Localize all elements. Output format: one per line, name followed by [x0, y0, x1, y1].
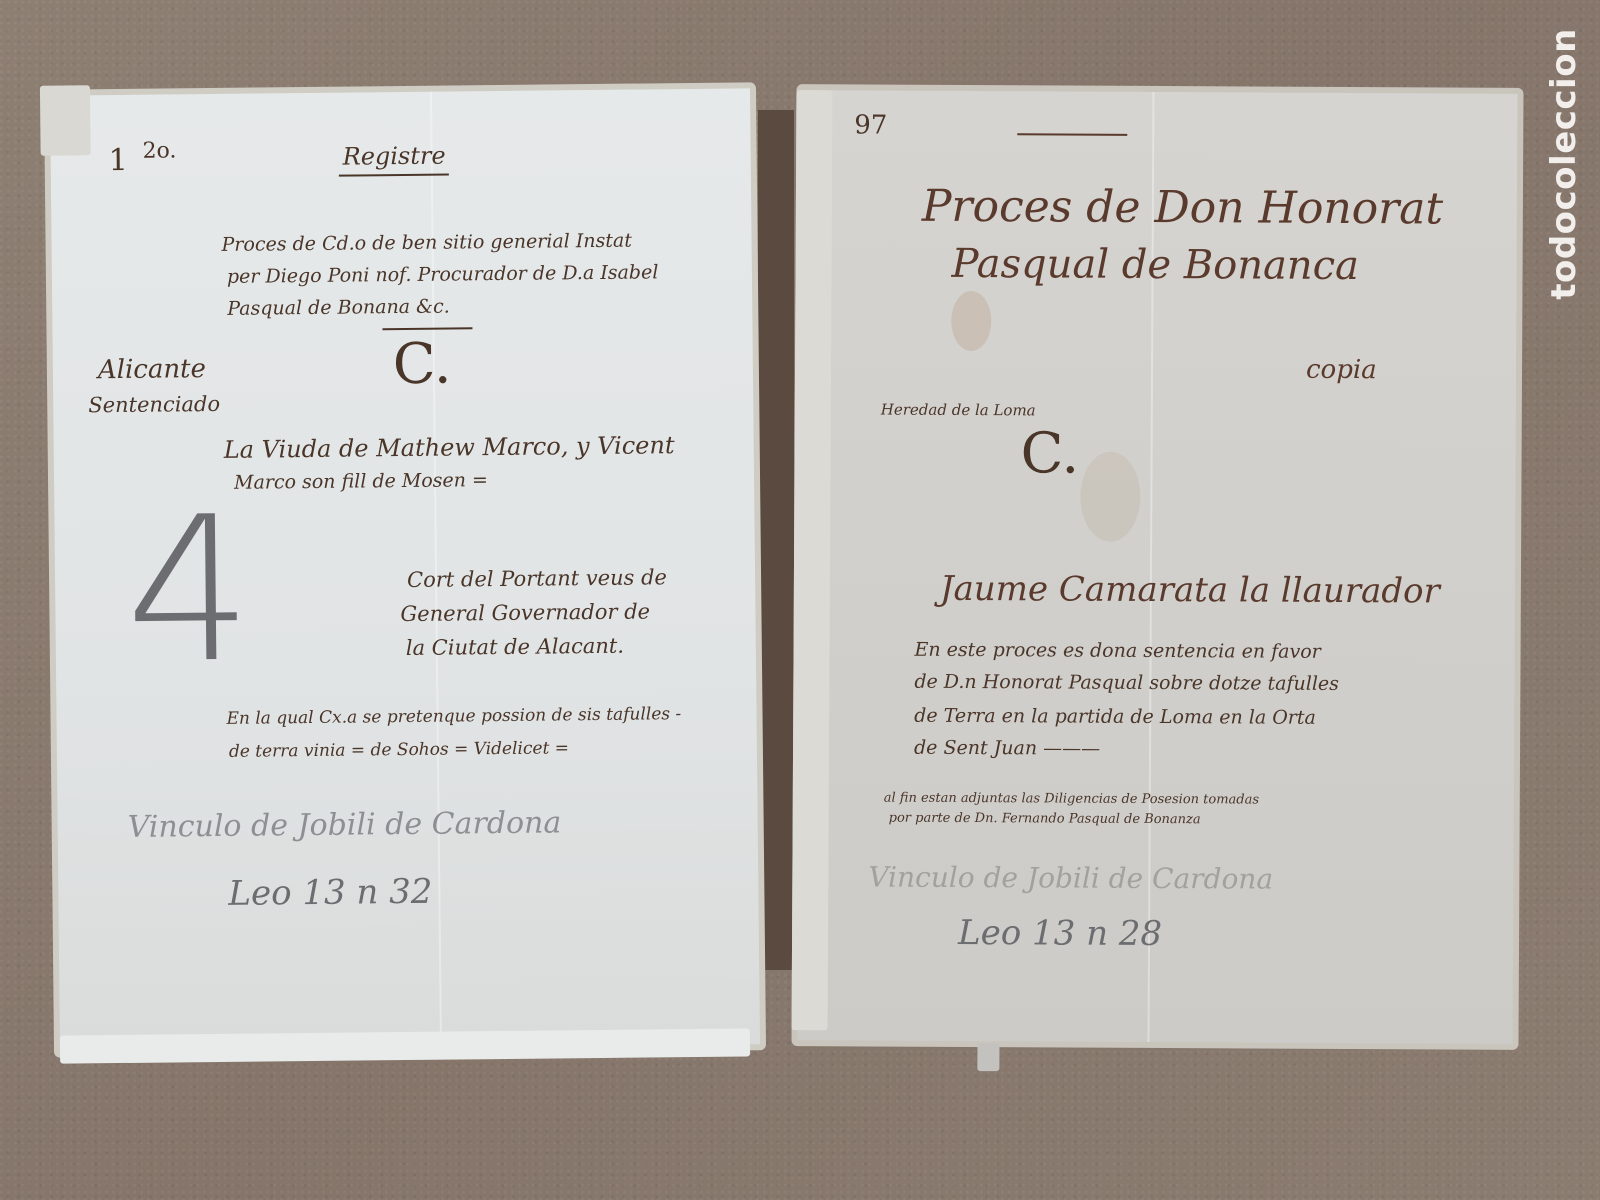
water-stain	[1080, 452, 1140, 542]
torn-corner	[40, 85, 91, 156]
court-line-2: General Governador de	[400, 599, 650, 626]
pencil-reference: Leo 13 n 28	[958, 913, 1162, 954]
margin-mark: 1	[109, 143, 128, 178]
contra-mark: C.	[393, 332, 452, 398]
watermark-logo: todocoleccion	[1534, 14, 1594, 314]
subject-line-2: de terra vinia = de Sohos = Videlicet =	[229, 738, 569, 762]
margin-note: Heredad de la Loma	[881, 401, 1036, 420]
summary-line-2: de D.n Honorat Pasqual sobre dotze taful…	[914, 671, 1339, 695]
large-pencil-numeral: 4	[124, 474, 254, 708]
court-line-1: Cort del Portant veus de	[407, 565, 667, 592]
title-line-3: Pasqual de Bonana &c.	[227, 296, 450, 320]
right-manuscript: 97 Proces de Don Honorat Pasqual de Bona…	[798, 90, 1518, 1044]
torn-fragment	[977, 1043, 999, 1071]
folio-number: 2o.	[142, 138, 176, 163]
fold-line	[1148, 92, 1155, 1042]
title-line-2: per Diego Poni nof. Procurador de D.a Is…	[227, 261, 659, 288]
contra-mark: C.	[1020, 421, 1079, 486]
water-stain	[951, 291, 991, 351]
pencil-note: Vinculo de Jobili de Cardona	[127, 805, 561, 845]
left-manuscript: 2o. 1 Registre Proces de Cd.o de ben sit…	[50, 88, 760, 1051]
appendix-line-2: por parte de Dn. Fernando Pasqual de Bon…	[889, 811, 1201, 828]
subject-line-1: En la qual Cx.a se pretenque possion de …	[226, 704, 681, 729]
title-line-1: Proces de Don Honorat	[922, 181, 1444, 235]
party-name: Jaume Camarata la llaurador	[940, 569, 1440, 612]
court-line-3: la Ciutat de Alacant.	[406, 634, 624, 660]
right-page: 97 Proces de Don Honorat Pasqual de Bona…	[798, 90, 1518, 1044]
margin-note-status: Sentenciado	[88, 392, 220, 417]
appendix-line-1: al fin estan adjuntas las Diligencias de…	[884, 791, 1259, 808]
title-flourish	[1017, 133, 1127, 136]
copy-note: copia	[1306, 355, 1377, 385]
folio-number: 97	[854, 110, 887, 140]
parties-line-2: Marco son fill de Mosen =	[234, 469, 488, 494]
margin-note-city: Alicante	[98, 354, 206, 385]
summary-line-4: de Sent Juan ———	[914, 737, 1100, 760]
parties-line-1: La Viuda de Mathew Marco, y Vicent	[224, 431, 675, 464]
pencil-note: Vinculo de Jobili de Cardona	[868, 860, 1273, 895]
torn-left-edge	[792, 90, 833, 1030]
summary-line-3: de Terra en la partida de Loma en la Ort…	[914, 705, 1316, 729]
title-line-2: Pasqual de Bonanca	[951, 241, 1359, 289]
title-line-1: Proces de Cd.o de ben sitio generial Ins…	[221, 230, 632, 256]
left-page: 2o. 1 Registre Proces de Cd.o de ben sit…	[50, 88, 760, 1051]
pencil-reference: Leo 13 n 32	[228, 872, 432, 914]
watermark-text: todocoleccion	[1544, 28, 1584, 300]
torn-bottom-edge	[60, 1028, 750, 1063]
summary-line-1: En este proces es dona sentencia en favo…	[915, 639, 1321, 663]
heading: Registre	[343, 142, 446, 171]
contra-flourish	[382, 327, 472, 330]
